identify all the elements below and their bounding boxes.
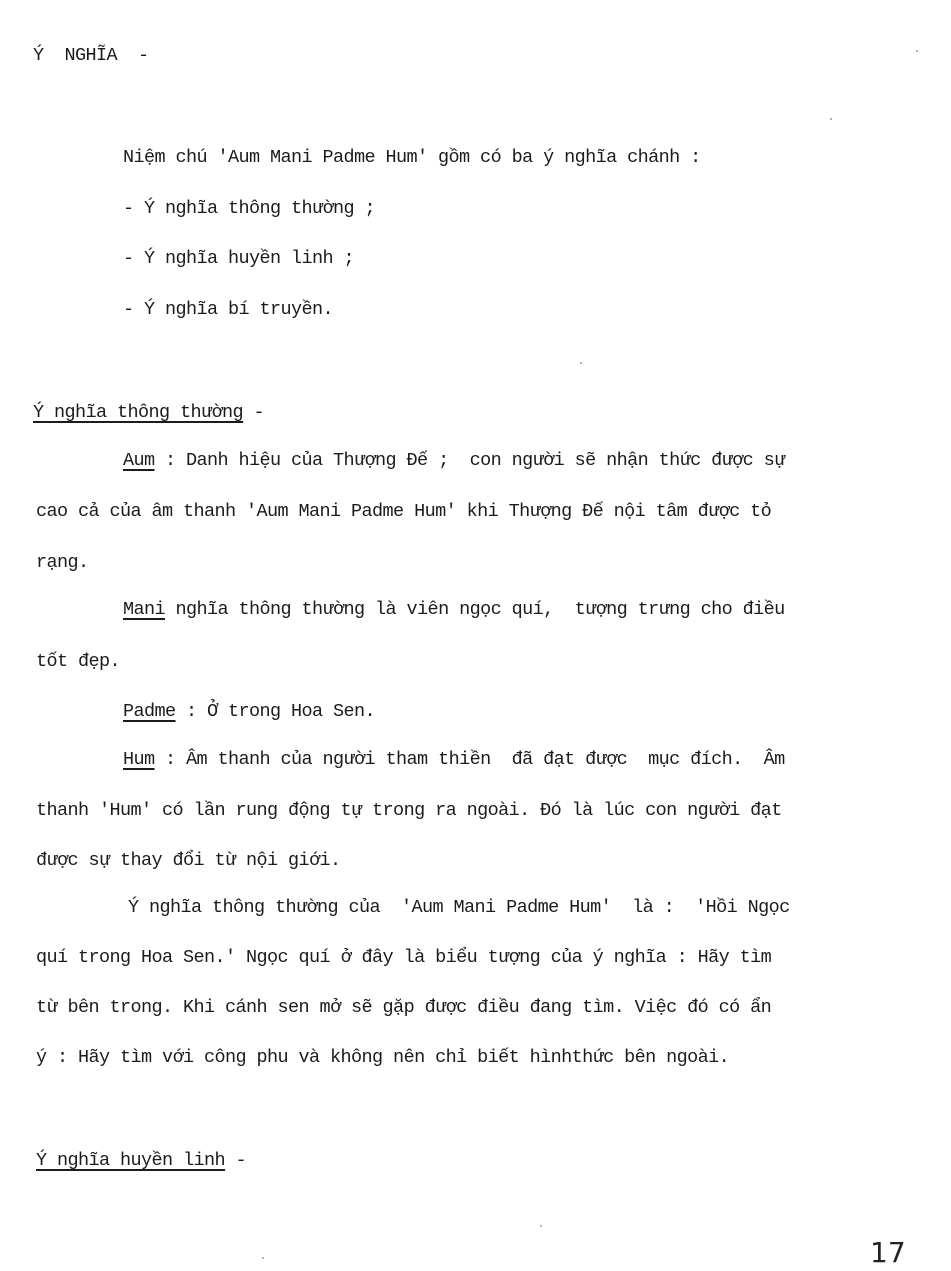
section-heading-text: Ý nghĩa thông thường — [33, 402, 243, 423]
page-title: Ý NGHĨA - — [33, 44, 149, 68]
section-heading: Ý nghĩa huyền linh - — [36, 1149, 246, 1173]
paragraph-aum: Aum : Danh hiệu của Thượng Đế ; con ngườ… — [123, 449, 785, 473]
text-line: cao cả của âm thanh 'Aum Mani Padme Hum'… — [36, 500, 771, 524]
page-number: 17 — [870, 1236, 906, 1269]
paragraph-hum: Hum : Âm thanh của người tham thiền đã đ… — [123, 748, 785, 772]
text: : Âm thanh của người tham thiền đã đạt đ… — [155, 749, 785, 770]
text: : Ở trong Hoa Sen. — [176, 701, 376, 722]
text-line: rạng. — [36, 551, 89, 575]
term-mani: Mani — [123, 599, 165, 620]
scan-speck — [830, 118, 832, 120]
intro-text: Niệm chú 'Aum Mani Padme Hum' gồm có ba … — [123, 146, 701, 170]
text-line: thanh 'Hum' có lần rung động tự trong ra… — [36, 799, 782, 823]
text-line: được sự thay đổi từ nội giới. — [36, 849, 341, 873]
scan-speck — [262, 1257, 264, 1259]
scan-speck — [540, 1225, 542, 1227]
summary-line: ý : Hãy tìm với công phu và không nên ch… — [36, 1046, 729, 1070]
list-item: - Ý nghĩa thông thường ; — [123, 197, 375, 221]
term-padme: Padme — [123, 701, 176, 722]
heading-suffix: - — [225, 1150, 246, 1171]
text: : Danh hiệu của Thượng Đế ; con người sẽ… — [155, 450, 785, 471]
summary-line: từ bên trong. Khi cánh sen mở sẽ gặp đượ… — [36, 996, 771, 1020]
term-hum: Hum — [123, 749, 155, 770]
text-line: tốt đẹp. — [36, 650, 120, 674]
scan-speck — [916, 50, 918, 52]
term-aum: Aum — [123, 450, 155, 471]
paragraph-padme: Padme : Ở trong Hoa Sen. — [123, 700, 375, 724]
summary-line: quí trong Hoa Sen.' Ngọc quí ở đây là bi… — [36, 946, 771, 970]
paragraph-mani: Mani nghĩa thông thường là viên ngọc quí… — [123, 598, 785, 622]
section-heading: Ý nghĩa thông thường - — [33, 401, 264, 425]
list-item: - Ý nghĩa huyền linh ; — [123, 247, 354, 271]
scan-speck — [580, 362, 582, 364]
summary-line: Ý nghĩa thông thường của 'Aum Mani Padme… — [128, 896, 790, 920]
section-heading-text: Ý nghĩa huyền linh — [36, 1150, 225, 1171]
text: nghĩa thông thường là viên ngọc quí, tượ… — [165, 599, 785, 620]
heading-suffix: - — [243, 402, 264, 423]
list-item: - Ý nghĩa bí truyền. — [123, 298, 333, 322]
